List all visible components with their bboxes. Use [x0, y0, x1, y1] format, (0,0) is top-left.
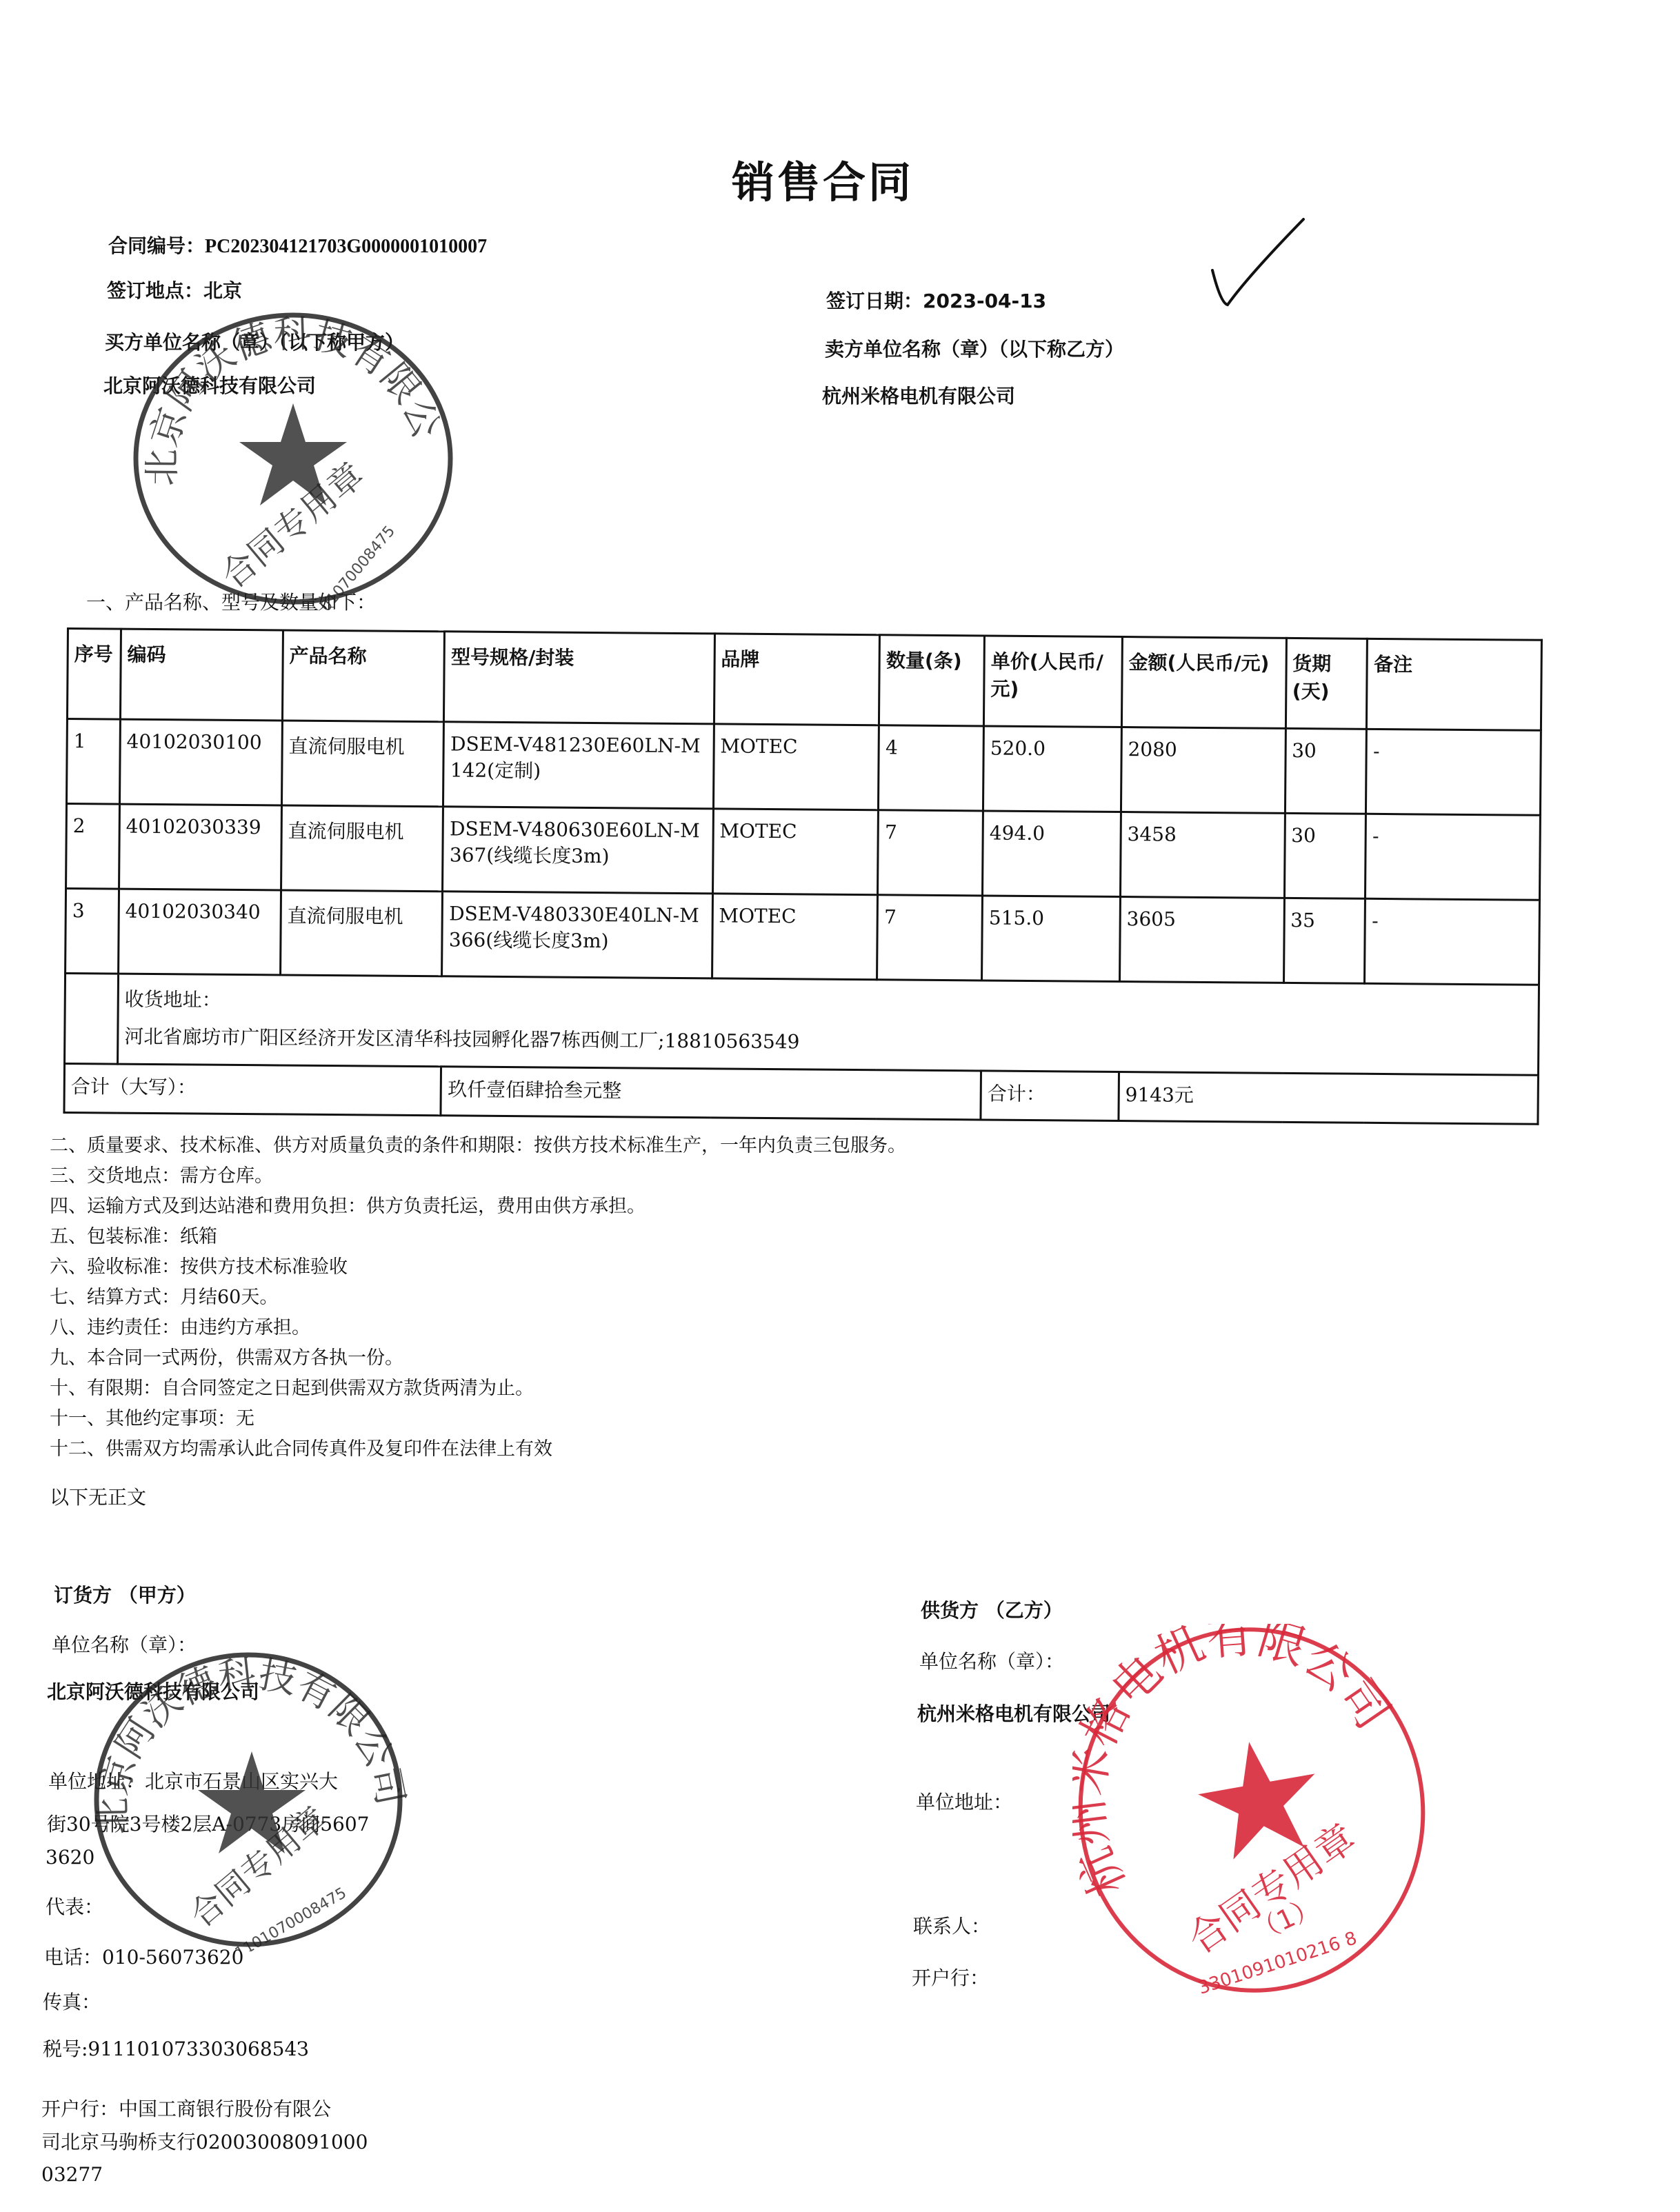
cell-name: 直流伺服电机	[281, 805, 443, 892]
delivery-address-label: 收货地址：	[125, 985, 1532, 1023]
sign-place-value: 北京	[203, 279, 242, 302]
cell-unit-price: 520.0	[983, 726, 1122, 812]
party-b-contact-label: 联系人：	[913, 1917, 990, 1936]
cell-remark: -	[1365, 898, 1540, 985]
cell-no: 3	[66, 889, 119, 974]
cell-remark: -	[1366, 814, 1541, 900]
col-header: 货期(天)	[1286, 638, 1368, 729]
cell-qty: 7	[877, 895, 983, 981]
party-a-bank-1: 开户行：中国工商银行股份有限公	[41, 2100, 331, 2119]
party-a-heading: 订货方 （甲方）	[54, 1586, 196, 1605]
table-row: 3 40102030340 直流伺服电机 DSEM-V480330E40LN-M…	[66, 889, 1540, 985]
clause: 八、违约责任：由违约方承担。	[50, 1313, 906, 1343]
checkmark-icon	[1207, 214, 1310, 317]
cell-no: 2	[66, 804, 120, 889]
party-a-fax: 传真：	[43, 1993, 101, 2012]
party-b-bank-label: 开户行：	[912, 1969, 989, 1988]
clause: 二、质量要求、技术标准、供方对质量负责的条件和期限：按供方技术标准生产，一年内负…	[50, 1131, 906, 1161]
clause: 九、本合同一式两份，供需双方各执一份。	[50, 1343, 906, 1374]
cell-code: 40102030339	[119, 804, 281, 890]
end-note: 以下无正文	[50, 1482, 146, 1510]
sign-place-label: 签订地点：	[107, 279, 203, 302]
cell-brand: MOTEC	[712, 809, 879, 895]
cell-remark: -	[1366, 729, 1541, 815]
table-row: 2 40102030339 直流伺服电机 DSEM-V480630E60LN-M…	[66, 804, 1541, 901]
clause: 五、包装标准：纸箱	[50, 1222, 906, 1252]
total-label: 合计：	[981, 1071, 1119, 1121]
sign-date-label: 签订日期：	[826, 290, 923, 312]
table-header-row: 序号 编码 产品名称 型号规格/封装 品牌 数量(条) 单价(人民币/元) 金额…	[67, 629, 1541, 731]
party-a-tax-no: 税号:91110107330306854З	[43, 2040, 309, 2059]
col-header: 金额(人民币/元)	[1121, 637, 1286, 729]
cell-amount: 3605	[1119, 897, 1284, 983]
total-upper-value: 玖仟壹佰肆拾叁元整	[441, 1067, 981, 1120]
party-b-heading: 供货方 （乙方）	[921, 1601, 1063, 1620]
cell-amount: 3458	[1120, 812, 1285, 898]
cell-unit-price: 494.0	[983, 811, 1121, 897]
document-title: 销售合同	[0, 148, 1646, 210]
clause: 七、结算方式：月结60天。	[50, 1283, 906, 1313]
buyer-stamp-icon: 北京阿沃德科技有限公司 合同专用章 1101070008475	[128, 307, 459, 610]
cell-amount: 2080	[1121, 727, 1286, 814]
buyer-stamp-bottom-icon: 北京阿沃德科技有限公司 合同专用章 1101070008475	[86, 1648, 410, 1951]
sign-date-value: 2023-04-13	[923, 290, 1046, 312]
party-b-name-label: 单位名称（章）：	[919, 1652, 1064, 1671]
col-header: 序号	[67, 629, 121, 720]
svg-text:杭州米格电机有限公司: 杭州米格电机有限公司	[1072, 1624, 1400, 1904]
col-header: 数量(条)	[879, 635, 985, 726]
cell-name: 直流伺服电机	[281, 721, 444, 807]
sign-place: 签订地点：北京	[107, 276, 242, 303]
delivery-address-cell: 收货地址： 河北省廊坊市广阳区经济开发区清华科技园孵化器7栋西侧工厂;18810…	[117, 974, 1539, 1075]
clause: 六、验收标准：按供方技术标准验收	[50, 1252, 906, 1283]
seller-name: 杭州米格电机有限公司	[822, 381, 1015, 409]
cell-name: 直流伺服电机	[280, 890, 443, 976]
cell-qty: 7	[878, 810, 983, 896]
party-a-bank-2: 司北京马驹桥支行02003008091000	[41, 2133, 368, 2152]
table-row: 1 40102030100 直流伺服电机 DSEM-V481230E60LN-M…	[66, 719, 1541, 816]
seller-stamp-icon: 杭州米格电机有限公司 合同专用章 （1） 3301091010216 8	[1072, 1624, 1431, 1996]
party-b-address-label: 单位地址：	[916, 1793, 1012, 1812]
clause: 十二、供需双方均需承认此合同传真件及复印件在法律上有效	[50, 1434, 906, 1465]
cell-brand: MOTEC	[712, 894, 878, 980]
svg-text:1101070008475: 1101070008475	[305, 523, 399, 610]
cell-lead-days: 35	[1283, 898, 1366, 983]
cell-code: 40102030100	[119, 719, 282, 805]
col-header: 型号规格/封装	[444, 632, 714, 724]
sign-date: 签订日期：2023-04-13	[826, 286, 1046, 314]
contract-number-label: 合同编号：	[108, 234, 205, 257]
contract-number-value: PC202304121703G0000001010007	[205, 236, 487, 257]
contract-clauses: 二、质量要求、技术标准、供方对质量负责的条件和期限：按供方技术标准生产，一年内负…	[50, 1131, 906, 1465]
total-upper-label: 合计（大写）：	[64, 1063, 441, 1115]
cell-brand: MOTEC	[713, 724, 879, 810]
party-a-bank-3: 03277	[41, 2165, 103, 2184]
total-value: 9143元	[1119, 1072, 1539, 1125]
delivery-address-row: 收货地址： 河北省廊坊市广阳区经济开发区清华科技园孵化器7栋西侧工厂;18810…	[65, 973, 1539, 1075]
cell-model: DSEM-V480630E60LN-M367(线缆长度3m)	[443, 807, 713, 894]
col-header: 备注	[1367, 639, 1542, 730]
delivery-address-value: 河北省廊坊市广阳区经济开发区清华科技园孵化器7栋西侧工厂;18810563549	[124, 1022, 1532, 1060]
products-table: 序号 编码 产品名称 型号规格/封装 品牌 数量(条) 单价(人民币/元) 金额…	[63, 627, 1542, 1125]
cell-qty: 4	[879, 725, 984, 811]
cell-lead-days: 30	[1284, 813, 1366, 898]
col-header: 编码	[120, 629, 283, 721]
col-header: 品牌	[714, 634, 880, 725]
cell-no: 1	[66, 719, 120, 805]
cell-model: DSEM-V481230E60LN-M142(定制)	[443, 722, 714, 809]
contract-number: 合同编号：PC202304121703G0000001010007	[108, 231, 487, 259]
clause: 十、有限期：自合同签定之日起到供需双方款货两清为止。	[50, 1374, 906, 1404]
cell-model: DSEM-V480330E40LN-M366(线缆长度3m)	[442, 892, 712, 978]
seller-label: 卖方单位名称（章）（以下称乙方）	[825, 334, 1124, 362]
cell-code: 40102030340	[118, 889, 281, 975]
col-header: 产品名称	[282, 630, 445, 722]
col-header: 单价(人民币/元)	[984, 636, 1123, 727]
cell-lead-days: 30	[1285, 728, 1367, 814]
clause: 十一、其他约定事项：无	[50, 1404, 906, 1434]
clause: 三、交货地点：需方仓库。	[50, 1161, 906, 1192]
blank-cell	[65, 973, 119, 1064]
cell-unit-price: 515.0	[982, 896, 1121, 982]
clause: 四、运输方式及到达站港和费用负担：供方负责托运，费用由供方承担。	[50, 1192, 906, 1222]
